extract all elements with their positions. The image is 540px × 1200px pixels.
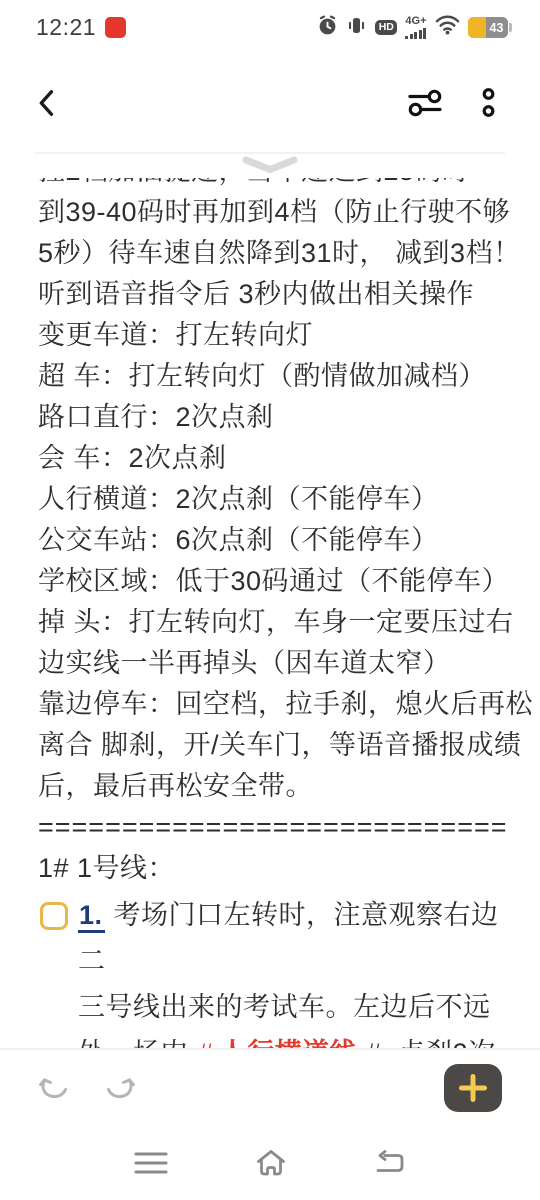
note-line[interactable]: 靠边停车：回空档，拉手刹，熄火后再松 <box>38 684 510 725</box>
alarm-icon <box>317 15 338 41</box>
note-line[interactable]: 后，最后再松安全带。 <box>38 766 510 807</box>
note-line[interactable]: 到39-40码时再加到4档（防止行驶不够 <box>38 192 510 233</box>
back-nav-icon[interactable] <box>373 1149 406 1177</box>
note-line[interactable]: 公交车站：6次点刹（不能停车） <box>38 520 510 561</box>
note-separator-line[interactable]: ============================ <box>38 807 510 848</box>
plus-icon <box>458 1073 488 1103</box>
battery-percent: 43 <box>486 17 508 38</box>
battery-icon: 43 <box>468 17 513 38</box>
vibrate-icon <box>346 15 367 41</box>
wifi-icon <box>435 15 460 40</box>
status-time: 12:21 <box>36 14 96 41</box>
undo-icon[interactable] <box>38 1074 71 1102</box>
home-icon[interactable] <box>253 1148 289 1178</box>
app-toolbar <box>0 55 540 150</box>
note-section-heading[interactable]: 1# 1号线： <box>38 848 510 889</box>
item-number: 1. <box>78 900 105 933</box>
note-content[interactable]: 挂2档加油提速，当车速达到25码时 到39-40码时再加到4档（防止行驶不够 5… <box>0 178 540 1046</box>
battery-fill <box>468 17 486 38</box>
redo-icon[interactable] <box>103 1074 136 1102</box>
tune-icon[interactable] <box>407 87 443 119</box>
note-line[interactable]: 路口直行：2次点刹 <box>38 397 510 438</box>
note-line[interactable]: 会 车：2次点刹 <box>38 438 510 479</box>
note-line[interactable]: 变更车道：打左转向灯 <box>38 315 510 356</box>
note-line[interactable]: 人行横道：2次点刹（不能停车） <box>38 479 510 520</box>
checklist-line: 1.考场门口左转时，注意观察右边二 <box>78 892 510 984</box>
checkbox-unchecked[interactable] <box>40 902 68 930</box>
note-line[interactable]: 学校区域：低于30码通过（不能停车） <box>38 561 510 602</box>
status-bar: 12:21 HD <box>0 0 540 55</box>
menu-icon[interactable] <box>134 1150 168 1176</box>
checklist-line: 三号线出来的考试车。左边后不远 <box>78 984 510 1030</box>
hd-badge: HD <box>375 20 397 36</box>
notes-app-screen: 12:21 HD <box>0 0 540 1200</box>
back-icon[interactable] <box>34 87 61 119</box>
chevron-down-icon[interactable] <box>240 156 300 176</box>
system-nav-bar <box>0 1125 540 1200</box>
note-line[interactable]: 5秒）待车速自然降到31时， 减到3档！ <box>38 233 510 274</box>
add-button[interactable] <box>444 1064 502 1112</box>
signal-4g-icon: 4G+ <box>405 16 426 40</box>
note-line-clipped: 挂2档加油提速，当车速达到25码时 <box>38 178 510 192</box>
note-line[interactable]: 超 车：打左转向灯（酌情做加减档） <box>38 356 510 397</box>
note-line[interactable]: 听到语音指令后 3秒内做出相关操作 <box>38 274 510 315</box>
header-divider <box>35 152 505 180</box>
notification-app-icon <box>105 17 126 38</box>
more-dots-icon[interactable] <box>481 86 496 120</box>
note-line[interactable]: 离合 脚刹，开/关车门，等语音播报成绩 <box>38 725 510 766</box>
note-line[interactable]: 掉 头：打左转向灯，车身一定要压过右 <box>38 602 510 643</box>
note-line[interactable]: 边实线一半再掉头（因车道太窄） <box>38 643 510 684</box>
editor-toolbar <box>0 1048 540 1125</box>
